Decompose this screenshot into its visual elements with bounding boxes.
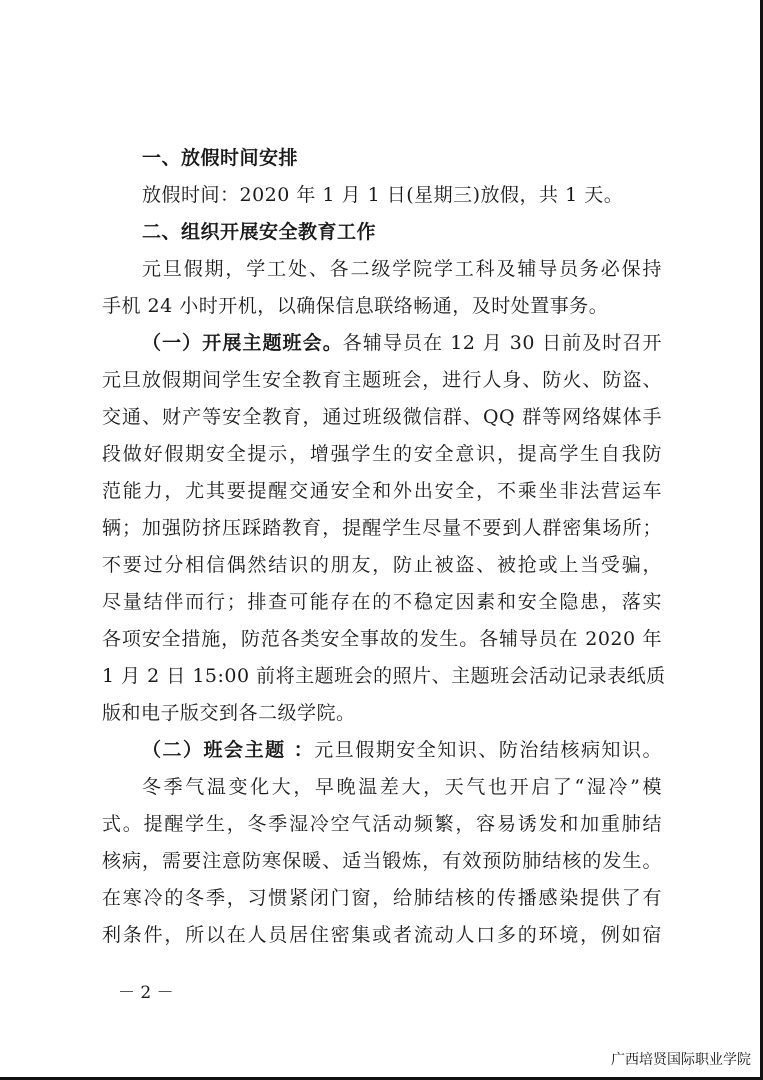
paragraph-line: 段做好假期安全提示，增强学生的安全意识，提高学生自我防 bbox=[102, 436, 662, 473]
paragraph-line: 核病，需要注意防寒保暖、适当锻炼，有效预防肺结核的发生。 bbox=[102, 843, 662, 880]
paragraph-line: 范能力，尤其要提醒交通安全和外出安全，不乘坐非法营运车 bbox=[102, 473, 662, 510]
subsection-label: （一）开展主题班会。 bbox=[142, 332, 343, 354]
paragraph-line: 冬季气温变化大，早晚温差大，天气也开启了“湿冷”模 bbox=[102, 769, 662, 806]
paragraph-line: 不要过分相信偶然结识的朋友，防止被盗、被抢或上当受骗， bbox=[102, 547, 662, 584]
paragraph-line: 各项安全措施，防范各类安全事故的发生。各辅导员在 2020 年 bbox=[102, 621, 662, 658]
subsection-label: （二）班会主题 ： bbox=[142, 739, 314, 761]
page-number: － 2 － bbox=[118, 978, 174, 1003]
document-body: 一、放假时间安排 放假时间：2020 年 1 月 1 日(星期三)放假，共 1 … bbox=[102, 140, 662, 954]
subsection-heading-meeting-theme: （二）班会主题 ：元旦假期安全知识、防治结核病知识。 bbox=[102, 732, 662, 769]
footer-organization-name: 广西培贤国际职业学院 bbox=[611, 1049, 751, 1069]
section-heading-safety-education: 二、组织开展安全教育工作 bbox=[102, 214, 662, 251]
subsection-text: 元旦假期安全知识、防治结核病知识。 bbox=[314, 739, 662, 761]
paragraph-line: 放假时间：2020 年 1 月 1 日(星期三)放假，共 1 天。 bbox=[102, 177, 662, 214]
paragraph-line: 利条件，所以在人员居住密集或者流动人口多的环境，例如宿 bbox=[102, 917, 662, 954]
paragraph-line: 元旦放假期间学生安全教育主题班会，进行人身、防火、防盗、 bbox=[102, 362, 662, 399]
paragraph-line: 尽量结伴而行；排查可能存在的不稳定因素和安全隐患，落实 bbox=[102, 584, 662, 621]
section-heading-holiday-schedule: 一、放假时间安排 bbox=[102, 140, 662, 177]
subsection-heading-class-meeting: （一）开展主题班会。各辅导员在 12 月 30 日前及时召开 bbox=[102, 325, 662, 362]
paragraph-line: 式。提醒学生，冬季湿冷空气活动频繁，容易诱发和加重肺结 bbox=[102, 806, 662, 843]
paragraph-line: 手机 24 小时开机，以确保信息联络畅通，及时处置事务。 bbox=[102, 288, 662, 325]
paragraph-line: 在寒冷的冬季，习惯紧闭门窗，给肺结核的传播感染提供了有 bbox=[102, 880, 662, 917]
paragraph-line: 版和电子版交到各二级学院。 bbox=[102, 695, 662, 732]
paragraph-line: 辆；加强防挤压踩踏教育，提醒学生尽量不要到人群密集场所； bbox=[102, 510, 662, 547]
paragraph-line: 交通、财产等安全教育，通过班级微信群、QQ 群等网络媒体手 bbox=[102, 399, 662, 436]
paragraph-line: 1 月 2 日 15:00 前将主题班会的照片、主题班会活动记录表纸质 bbox=[102, 658, 662, 695]
subsection-text: 各辅导员在 12 月 30 日前及时召开 bbox=[343, 332, 662, 354]
paragraph-line: 元旦假期，学工处、各二级学院学工科及辅导员务必保持 bbox=[102, 251, 662, 288]
